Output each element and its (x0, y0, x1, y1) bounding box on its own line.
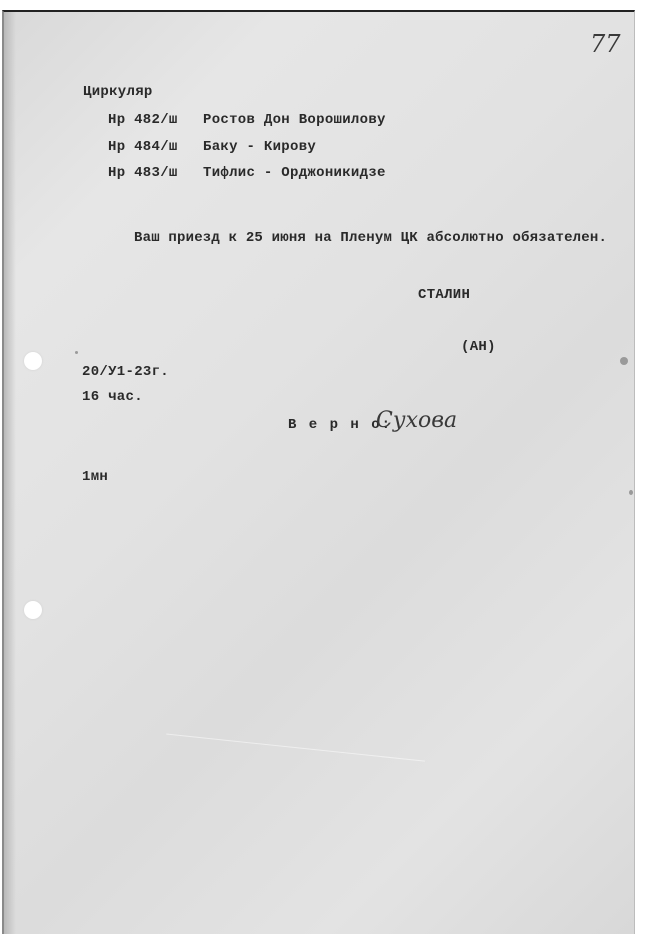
copy-note: 1мн (82, 469, 108, 485)
stain-spot (75, 351, 78, 354)
stain-spot (629, 490, 633, 495)
recipient-destination: Баку - Кирову (203, 139, 316, 155)
punch-hole-top (24, 352, 42, 370)
stain-spot (620, 357, 628, 365)
time: 16 час. (82, 389, 143, 405)
operator-initials: (АН) (461, 339, 496, 355)
signature-name: СТАЛИН (418, 287, 470, 303)
recipient-destination: Ростов Дон Ворошилову (203, 112, 386, 128)
paper-crease (163, 733, 425, 791)
message-body: Ваш приезд к 25 июня на Пленум ЦК абсолю… (134, 230, 607, 246)
recipient-destination: Тифлис - Орджоникидзе (203, 165, 386, 181)
punch-hole-bottom (24, 601, 42, 619)
certification-signature: Сухова (376, 408, 457, 433)
recipient-number: Нр 482/ш (108, 112, 178, 128)
recipient-number: Нр 484/ш (108, 139, 178, 155)
date: 20/У1-23г. (82, 364, 169, 380)
page-number: 77 (590, 30, 621, 58)
document-heading: Циркуляр (83, 84, 153, 100)
recipient-number: Нр 483/ш (108, 165, 178, 181)
